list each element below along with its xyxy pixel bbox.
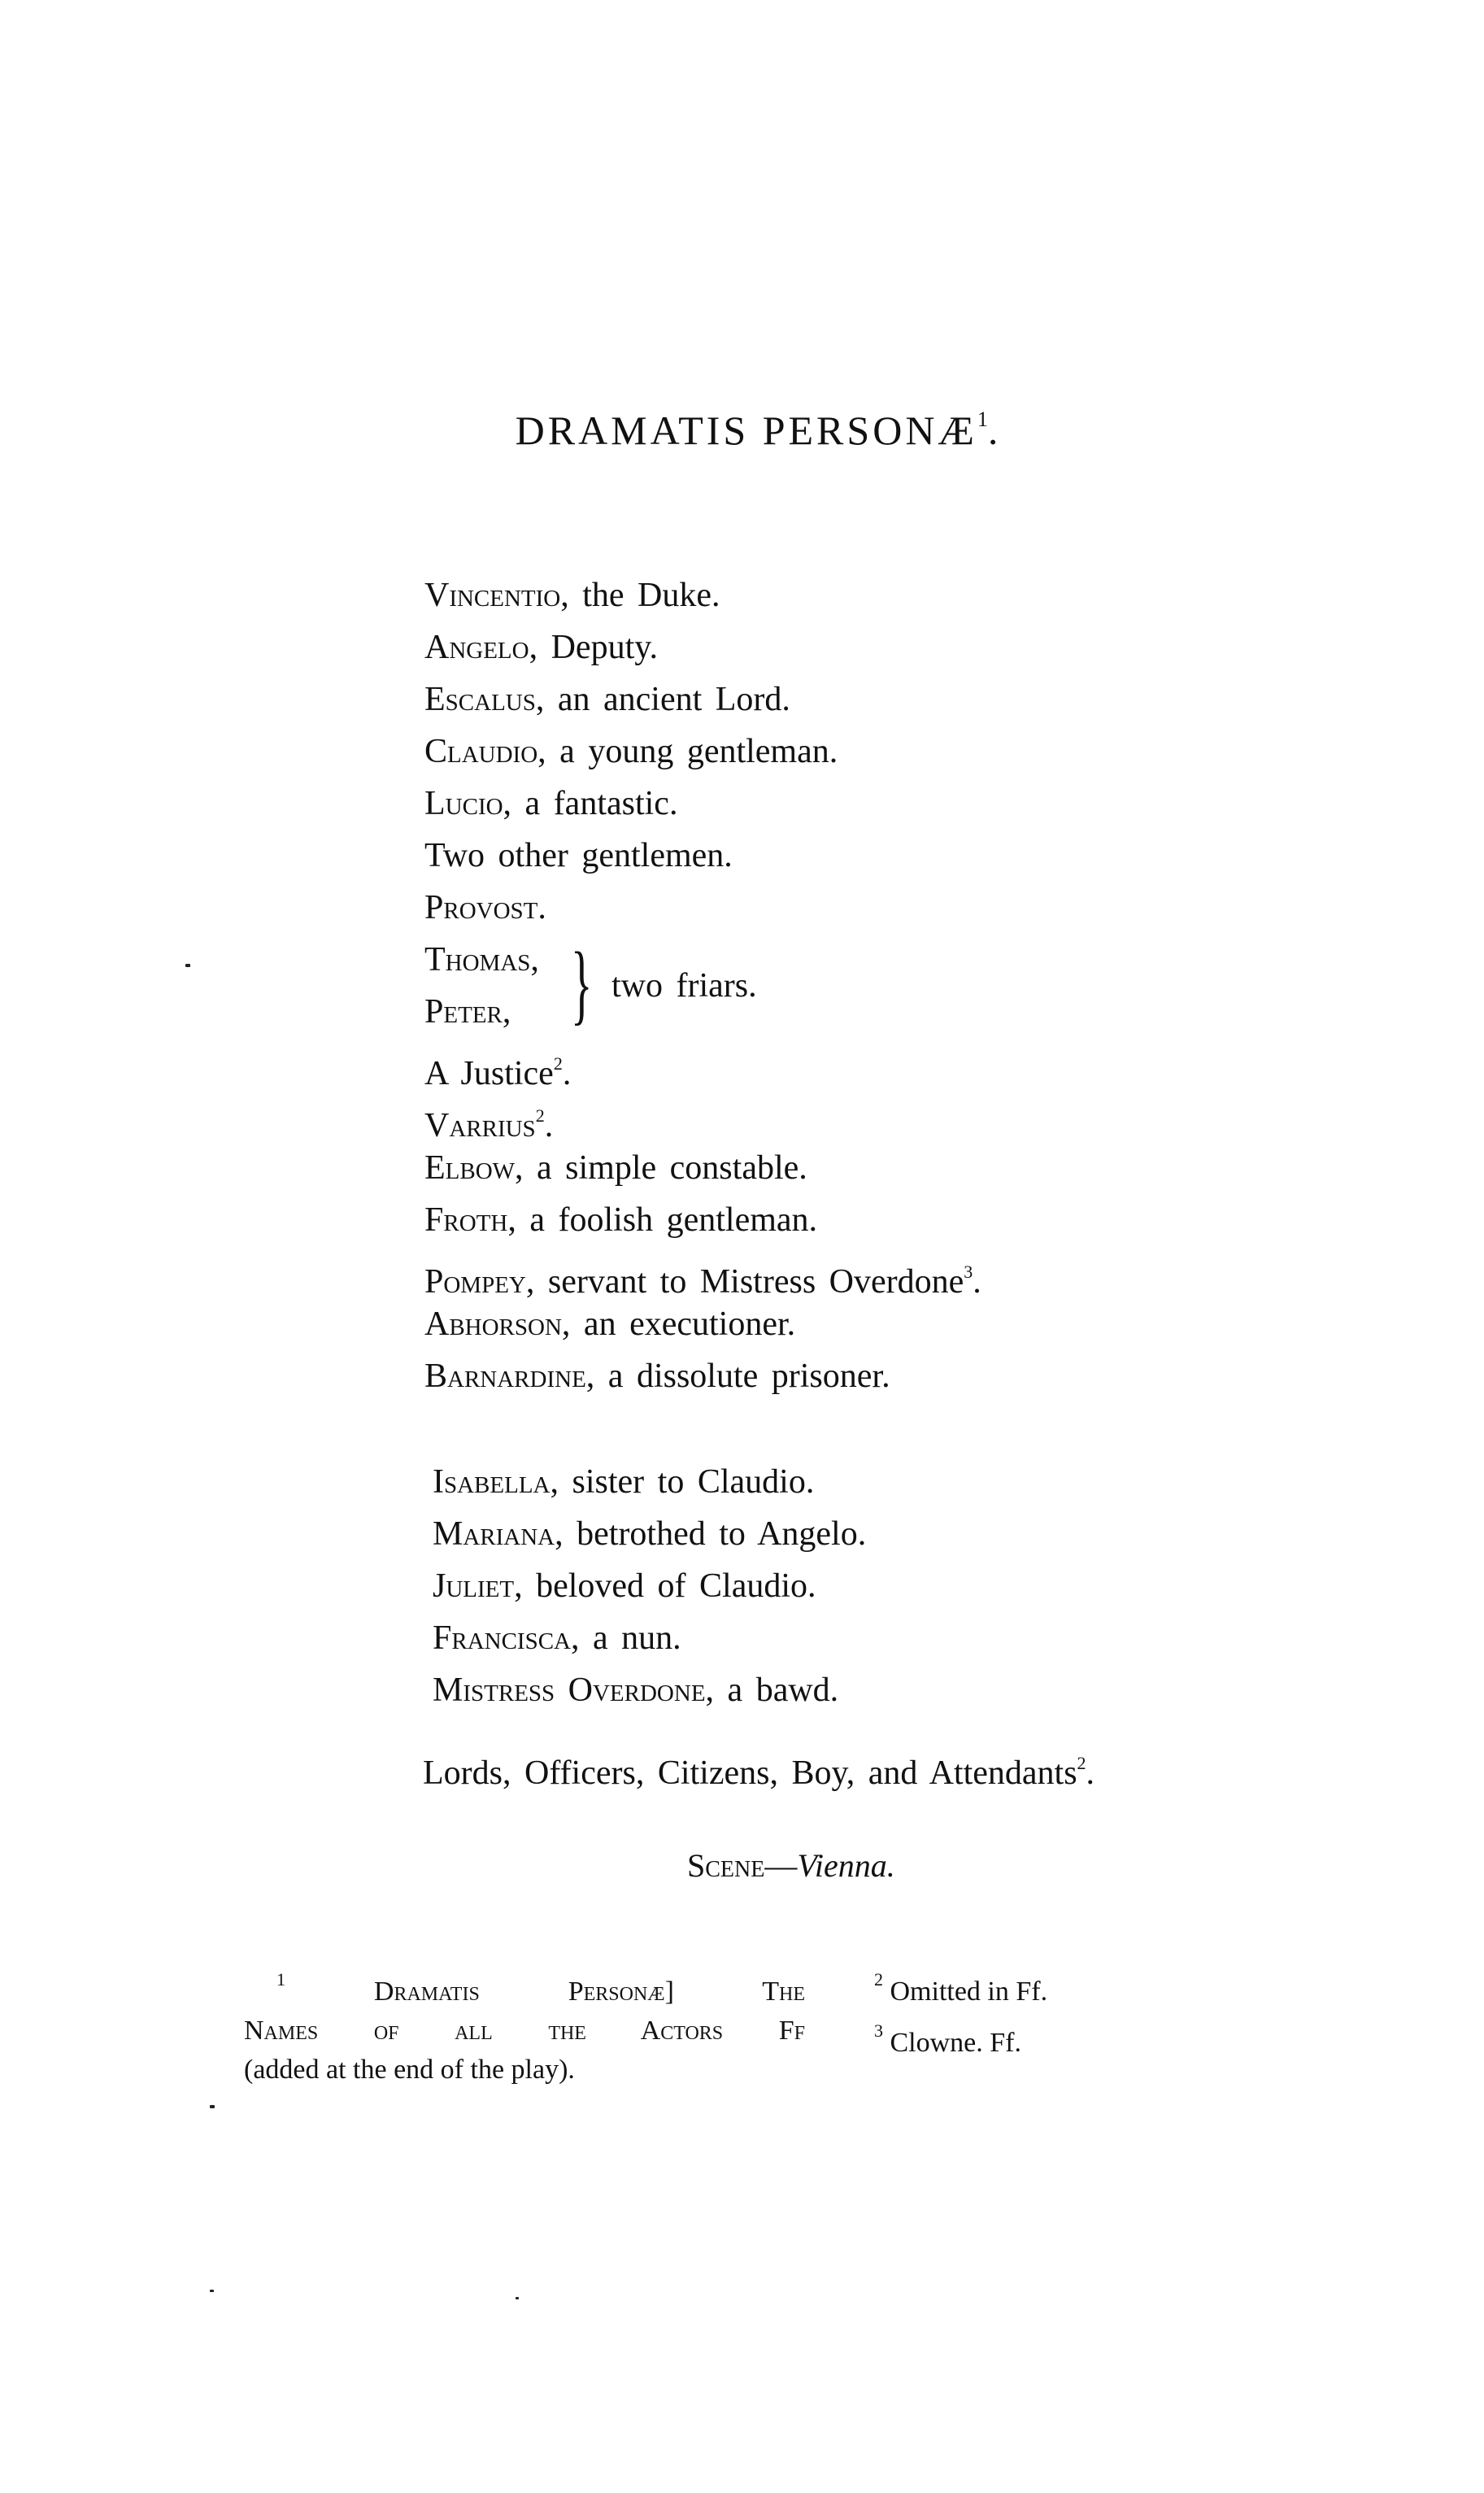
character-desc: , a simple constable. (515, 1149, 807, 1187)
attendants-text: Lords, Officers, Citizens, Boy, and Atte… (423, 1754, 1077, 1792)
character-desc: , betrothed to Angelo. (555, 1515, 866, 1553)
title-suffix: . (988, 408, 1002, 453)
character-name: Barnardine (424, 1358, 586, 1395)
character-name: Elbow (424, 1149, 515, 1187)
character-entry: Escalus, an ancient Lord. (424, 673, 981, 726)
character-name: Angelo (424, 629, 529, 666)
character-entry: Vincentio, the Duke. (424, 569, 981, 621)
character-desc: , sister to Claudio. (551, 1463, 815, 1501)
page-title: DRAMATIS PERSONÆ1. (0, 407, 1484, 454)
character-name: Francisca (433, 1619, 571, 1657)
character-desc: , a bawd. (706, 1671, 839, 1709)
character-desc: , a dissolute prisoner. (586, 1358, 890, 1395)
character-name: Mariana (433, 1515, 555, 1553)
character-entry: A Justice2. (424, 1038, 981, 1090)
character-name: Claudio (424, 733, 537, 770)
friar-name: Thomas, (424, 934, 539, 986)
scene-label: Scene— (687, 1847, 797, 1884)
character-entry: Mistress Overdone, a bawd. (433, 1664, 866, 1716)
character-name: Escalus (424, 681, 536, 718)
scene-place: Vienna. (797, 1847, 894, 1884)
footnote-number: 3 (874, 2020, 883, 2041)
character-entry: Claudio, a young gentleman. (424, 726, 981, 778)
character-entry: Angelo, Deputy. (424, 621, 981, 673)
footnote-ref[interactable]: 2 (1077, 1753, 1086, 1773)
character-entry: Froth, a foolish gentleman. (424, 1194, 981, 1246)
character-entry: Lucio, a fantastic. (424, 778, 981, 830)
character-entry: Juliet, beloved of Claudio. (433, 1560, 866, 1612)
footnote-2: 2 Omitted in Ff. (874, 1960, 1199, 2011)
character-entry: Pompey, servant to Mistress Overdone3. (424, 1246, 981, 1298)
character-entry: Isabella, sister to Claudio. (433, 1456, 866, 1508)
friars-entry: Thomas, Peter, } two friars. (424, 934, 981, 1038)
footnote-1: 1 Dramatis Personæ] The Names of all the… (244, 1960, 805, 2090)
footnote-number: 2 (874, 1969, 883, 1990)
footnote-text: Omitted in Ff. (890, 1977, 1048, 2007)
character-name: Abhorson (424, 1305, 562, 1343)
character-desc: , servant to Mistress Overdone (526, 1263, 964, 1301)
punct: . (973, 1263, 981, 1301)
friars-desc: two friars. (611, 960, 757, 1012)
footnotes-right: 2 Omitted in Ff. 3 Clowne. Ff. (874, 1960, 1199, 2063)
scan-speck (185, 964, 190, 967)
character-desc: , an ancient Lord. (536, 681, 790, 718)
scene-line: Scene—Vienna. (687, 1846, 895, 1885)
footnote-number: 1 (276, 1969, 285, 1990)
footnote-ref[interactable]: 3 (964, 1262, 973, 1282)
character-desc: . (537, 889, 546, 926)
character-desc: Two other gentlemen. (424, 837, 733, 874)
punct: . (1086, 1754, 1095, 1792)
character-name: Isabella (433, 1463, 551, 1501)
character-name: Mistress Overdone (433, 1671, 706, 1709)
character-desc: , a young gentleman. (537, 733, 838, 770)
character-name: Lucio (424, 785, 503, 822)
character-entry: Varrius2. (424, 1090, 981, 1142)
character-entry: Barnardine, a dissolute prisoner. (424, 1350, 981, 1402)
footnote-line: (added at the end of the play). (244, 2051, 805, 2090)
character-entry: Provost. (424, 882, 981, 934)
title-text: DRAMATIS PERSONÆ (516, 408, 977, 453)
brace-icon: } (571, 939, 592, 1028)
footnote-ref[interactable]: 2 (536, 1105, 545, 1126)
character-entry: Two other gentlemen. (424, 830, 981, 882)
male-characters-list: Vincentio, the Duke. Angelo, Deputy. Esc… (424, 569, 981, 1402)
character-name: Pompey (424, 1263, 526, 1301)
female-characters-list: Isabella, sister to Claudio. Mariana, be… (433, 1456, 866, 1716)
character-entry: Elbow, a simple constable. (424, 1142, 981, 1194)
friar-names: Thomas, Peter, (424, 934, 539, 1038)
title-footnote-ref[interactable]: 1 (977, 408, 988, 431)
footnote-text: Clowne. Ff. (890, 2028, 1022, 2058)
scan-speck (210, 2290, 214, 2292)
punct: . (545, 1107, 554, 1144)
character-name: Vincentio (424, 577, 560, 614)
footnote-text: Dramatis Personæ] The (374, 1977, 805, 2007)
footnote-3: 3 Clowne. Ff. (874, 2011, 1199, 2063)
punct: . (563, 1055, 572, 1092)
character-desc: , a nun. (571, 1619, 681, 1657)
footnote-line: 1 Dramatis Personæ] The (244, 1960, 805, 2011)
character-desc: , a foolish gentleman. (507, 1201, 817, 1239)
attendants-line: Lords, Officers, Citizens, Boy, and Atte… (423, 1753, 1095, 1793)
character-desc: , beloved of Claudio. (514, 1567, 816, 1605)
character-entry: Mariana, betrothed to Angelo. (433, 1508, 866, 1560)
friar-name: Peter, (424, 986, 539, 1038)
character-desc: , the Duke. (560, 577, 720, 614)
character-desc: A Justice (424, 1055, 554, 1092)
character-desc: , a fantastic. (503, 785, 678, 822)
character-name: Froth (424, 1201, 507, 1239)
footnote-line: Names of all the Actors Ff (244, 2011, 805, 2051)
character-entry: Francisca, a nun. (433, 1612, 866, 1664)
footnote-ref[interactable]: 2 (554, 1053, 563, 1074)
character-name: Juliet (433, 1567, 514, 1605)
character-desc: , Deputy. (529, 629, 658, 666)
scan-speck (210, 2105, 215, 2108)
character-name: Provost (424, 889, 537, 926)
scan-speck (516, 2297, 519, 2299)
character-entry: Abhorson, an executioner. (424, 1298, 981, 1350)
character-name: Varrius (424, 1107, 536, 1144)
character-desc: , an executioner. (562, 1305, 795, 1343)
